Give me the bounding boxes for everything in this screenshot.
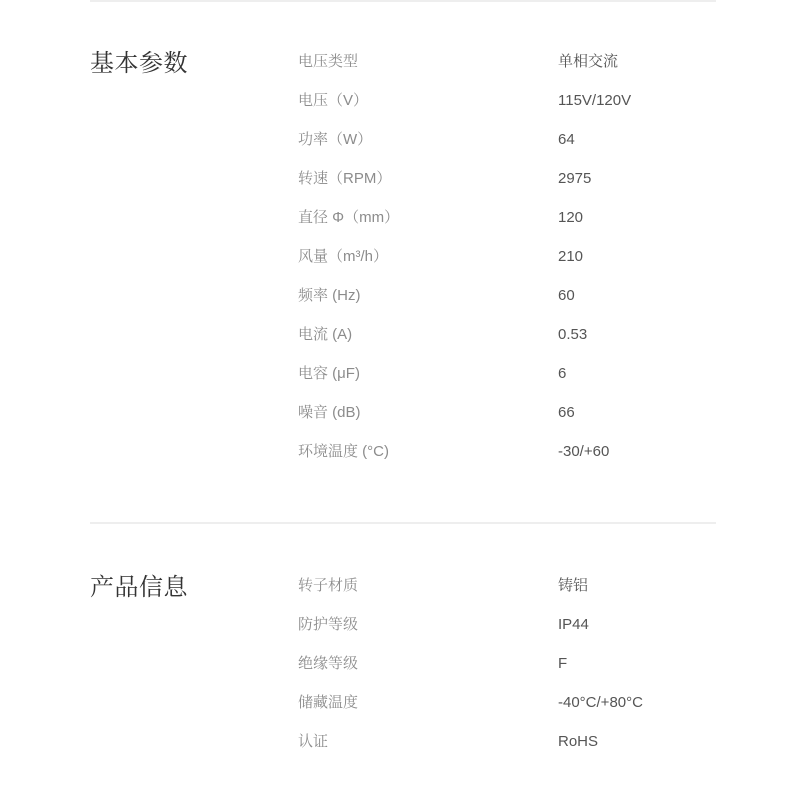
spec-label: 风量（m³/h） (298, 246, 558, 268)
spec-row: 转子材质 铸铝 (298, 575, 718, 614)
spec-label: 电流 (A) (298, 324, 558, 346)
spec-row: 电流 (A) 0.53 (298, 324, 718, 363)
spec-row: 电容 (μF) 6 (298, 363, 718, 402)
spec-value: 60 (558, 285, 575, 307)
top-divider (90, 0, 716, 2)
spec-label: 电压类型 (298, 51, 558, 73)
spec-label: 防护等级 (298, 614, 558, 636)
spec-label: 直径 Φ（mm） (298, 207, 558, 229)
spec-value: 单相交流 (558, 51, 618, 73)
spec-value: 0.53 (558, 324, 587, 346)
spec-label: 认证 (298, 731, 558, 753)
spec-value: 66 (558, 402, 575, 424)
spec-value: IP44 (558, 614, 589, 636)
section-title: 基本参数 (90, 49, 188, 79)
spec-row: 电压类型 单相交流 (298, 51, 718, 90)
spec-row: 绝缘等级 F (298, 653, 718, 692)
spec-value: 铸铝 (558, 575, 588, 597)
spec-row: 噪音 (dB) 66 (298, 402, 718, 441)
spec-label: 噪音 (dB) (298, 402, 558, 424)
spec-row: 功率（W） 64 (298, 129, 718, 168)
spec-label: 电压（V） (298, 90, 558, 112)
section-divider (90, 522, 716, 524)
spec-row: 电压（V） 115V/120V (298, 90, 718, 129)
spec-value: 210 (558, 246, 583, 268)
spec-row: 防护等级 IP44 (298, 614, 718, 653)
spec-value: -40°C/+80°C (558, 692, 643, 714)
section-title: 产品信息 (90, 573, 188, 603)
spec-value: F (558, 653, 567, 675)
spec-value: 64 (558, 129, 575, 151)
spec-label: 转子材质 (298, 575, 558, 597)
spec-label: 环境温度 (°C) (298, 441, 558, 463)
spec-row: 认证 RoHS (298, 731, 718, 770)
spec-row: 直径 Φ（mm） 120 (298, 207, 718, 246)
spec-label: 绝缘等级 (298, 653, 558, 675)
spec-value: -30/+60 (558, 441, 609, 463)
spec-label: 转速（RPM） (298, 168, 558, 190)
spec-value: 120 (558, 207, 583, 229)
spec-row: 频率 (Hz) 60 (298, 285, 718, 324)
spec-label: 频率 (Hz) (298, 285, 558, 307)
spec-label: 电容 (μF) (298, 363, 558, 385)
spec-row: 环境温度 (°C) -30/+60 (298, 441, 718, 480)
spec-value: 2975 (558, 168, 591, 190)
spec-label: 储藏温度 (298, 692, 558, 714)
spec-row: 储藏温度 -40°C/+80°C (298, 692, 718, 731)
spec-row: 转速（RPM） 2975 (298, 168, 718, 207)
spec-list: 转子材质 铸铝 防护等级 IP44 绝缘等级 F 储藏温度 -40°C/+80°… (298, 575, 718, 770)
spec-value: 115V/120V (558, 90, 631, 112)
spec-value: RoHS (558, 731, 598, 753)
spec-list: 电压类型 单相交流 电压（V） 115V/120V 功率（W） 64 转速（RP… (298, 51, 718, 480)
spec-label: 功率（W） (298, 129, 558, 151)
spec-row: 风量（m³/h） 210 (298, 246, 718, 285)
spec-value: 6 (558, 363, 566, 385)
